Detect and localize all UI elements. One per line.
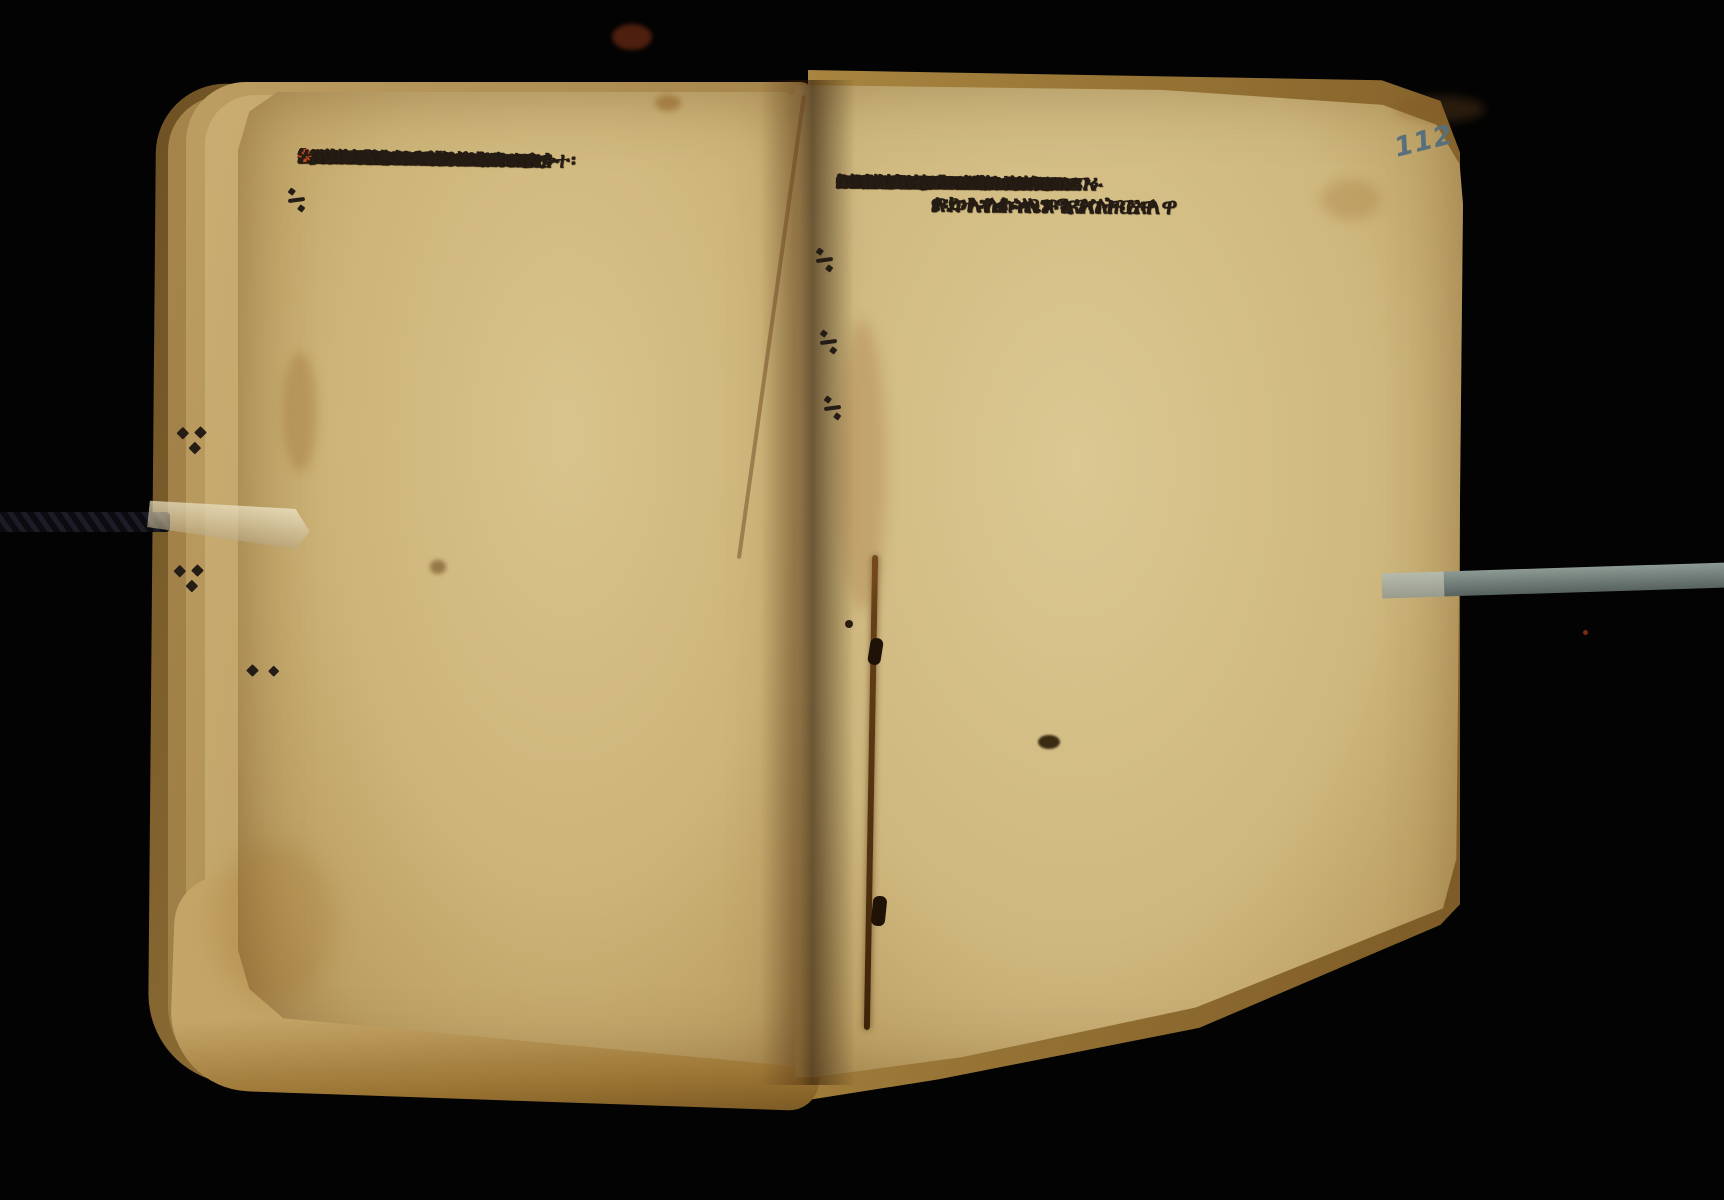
- stain: [283, 352, 317, 472]
- stain: [1395, 96, 1485, 122]
- under-leaf: [186, 82, 816, 1084]
- quire-mark: [191, 564, 204, 577]
- manuscript-photo: በእንተ፡የፀሀታ፡ወሰናይት፡በእንተ፡አርዎታ፠ንዑ፡ዕፀ፡ጸሎ፡ከ፡እንተ…: [0, 0, 1724, 1200]
- left-page-text: በእንተ፡የፀሀታ፡ወሰናይት፡በእንተ፡አርዎታ፠ንዑ፡ዕፀ፡ጸሎ፡ከ፡እንተ…: [298, 141, 776, 150]
- right-page-text: ንባብኪ፡አደዎ፠ሐ፠እዎወይን፡አዕይንቲኪ፠ሐ፠ይግብሩ፡ለኪ፡ኵሎ፡ሎሳ፡…: [836, 168, 1306, 193]
- stain: [1583, 630, 1588, 635]
- text-segment: የ፡ወአስተ፡ብጸዒሃ፡ለዋር፡ለዋ: [931, 189, 1179, 223]
- stain: [1320, 180, 1380, 220]
- stain: [838, 320, 886, 610]
- quire-mark: [194, 426, 207, 439]
- page-clamp-strip: [146, 494, 311, 551]
- gutter-shadow: [760, 80, 855, 1085]
- under-leaf: [808, 70, 1460, 1100]
- sewing-stitch: [870, 895, 887, 926]
- stain: [612, 24, 652, 50]
- folio-number: 112: [1391, 119, 1456, 163]
- stain: [1038, 735, 1060, 749]
- text-line: የ፡ወአስተ፡ብጸዒሃ፡ለዋር፡ለዋ: [931, 189, 1306, 193]
- quire-mark: [288, 197, 305, 203]
- right-page: [795, 85, 1463, 1077]
- under-leaf: [168, 874, 825, 1112]
- book-cord: [0, 512, 170, 532]
- page-weight-strip: [1382, 563, 1724, 599]
- under-leaf: [205, 95, 817, 1085]
- sewing-stitch: [867, 637, 884, 666]
- binding-crease: [864, 555, 878, 1030]
- stain: [655, 95, 681, 111]
- text-segment: ሦየይት፡እዎእንስት: [297, 141, 448, 173]
- left-page: [238, 92, 803, 1067]
- stain: [214, 842, 334, 1002]
- stain: [430, 560, 446, 574]
